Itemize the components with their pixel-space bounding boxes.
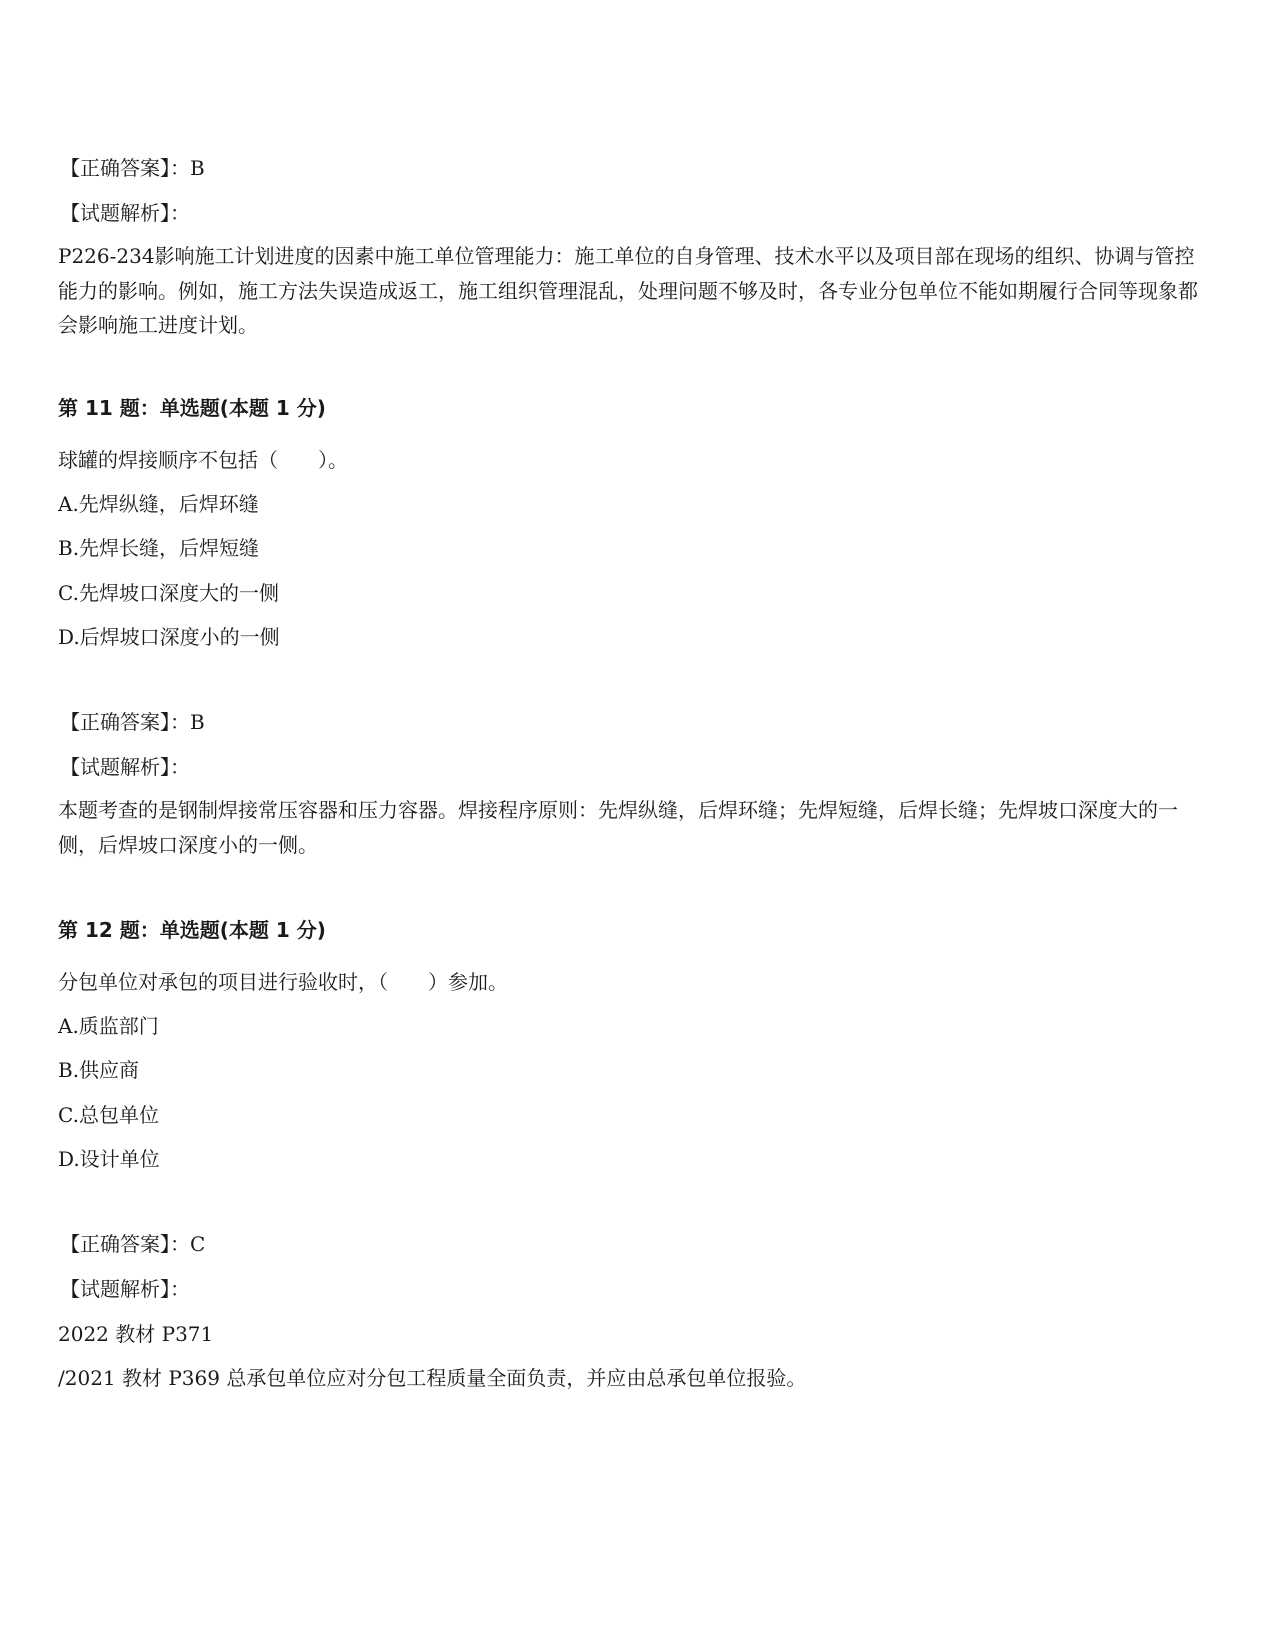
q12-heading: 第 12 题：单选题(本题 1 分) bbox=[58, 918, 326, 942]
q12-answer: 【正确答案】：C bbox=[60, 1232, 205, 1256]
q12-option-b: B.供应商 bbox=[58, 1058, 139, 1082]
q12-stem: 分包单位对承包的项目进行验收时，（ ）参加。 bbox=[58, 970, 508, 994]
q11-analysis-label: 【试题解析】： bbox=[60, 755, 190, 779]
q10-analysis-label: 【试题解析】： bbox=[60, 201, 190, 225]
q12-option-c: C.总包单位 bbox=[58, 1103, 159, 1127]
q12-analysis-line-2: /2021 教材 P369 总承包单位应对分包工程质量全面负责，并应由总承包单位… bbox=[58, 1366, 806, 1390]
q11-analysis-text: 本题考查的是钢制焊接常压容器和压力容器。焊接程序原则：先焊纵缝，后焊环缝；先焊短… bbox=[58, 793, 1208, 862]
q11-option-a: A.先焊纵缝，后焊环缝 bbox=[58, 492, 259, 516]
q10-analysis-text: P226-234影响施工计划进度的因素中施工单位管理能力：施工单位的自身管理、技… bbox=[58, 239, 1208, 343]
q11-option-b: B.先焊长缝，后焊短缝 bbox=[58, 536, 259, 560]
q11-option-c: C.先焊坡口深度大的一侧 bbox=[58, 581, 279, 605]
q10-answer: 【正确答案】：B bbox=[60, 156, 205, 180]
q11-heading: 第 11 题：单选题(本题 1 分) bbox=[58, 396, 326, 420]
q12-analysis-line-1: 2022 教材 P371 bbox=[58, 1322, 213, 1346]
q12-option-d: D.设计单位 bbox=[58, 1147, 160, 1171]
q11-option-d: D.后焊坡口深度小的一侧 bbox=[58, 625, 280, 649]
q11-answer: 【正确答案】：B bbox=[60, 710, 205, 734]
q12-option-a: A.质监部门 bbox=[58, 1014, 159, 1038]
q12-analysis-label: 【试题解析】： bbox=[60, 1277, 190, 1301]
q11-stem: 球罐的焊接顺序不包括（ ）。 bbox=[58, 448, 348, 472]
